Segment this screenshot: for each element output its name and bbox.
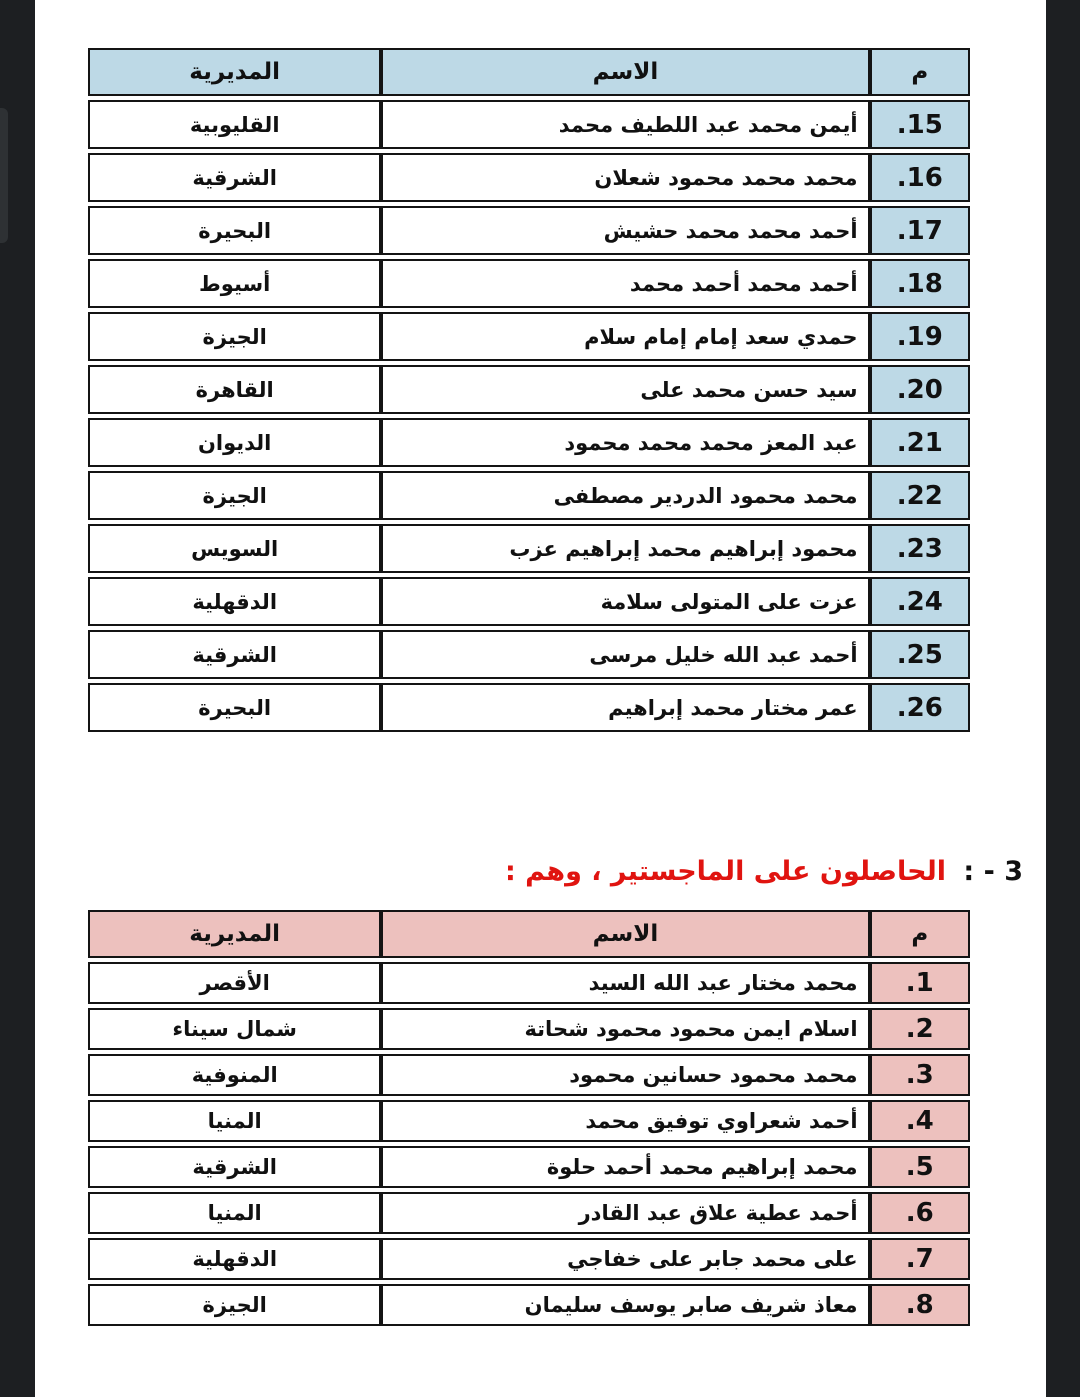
directorate-cell: القاهرة: [88, 365, 381, 414]
table-row: 18.أحمد محمد أحمد محمدأسيوط: [88, 259, 970, 308]
table-row: 17.أحمد محمد محمد حشيشالبحيرة: [88, 206, 970, 255]
table-row: 8.معاذ شريف صابر يوسف سليمانالجيزة: [88, 1284, 970, 1326]
directorate-cell: الأقصر: [88, 962, 381, 1004]
name-cell: اسلام ايمن محمود محمود شحاتة: [381, 1008, 869, 1050]
column-header-name: الاسم: [381, 48, 869, 96]
name-cell: أيمن محمد عبد اللطيف محمد: [381, 100, 869, 149]
serial-cell: 2.: [870, 1008, 970, 1050]
column-header-directorate: المديرية: [88, 910, 381, 958]
table-row: 6.أحمد عطية علاق عبد القادرالمنيا: [88, 1192, 970, 1234]
serial-cell: 24.: [870, 577, 970, 626]
directorate-cell: شمال سيناء: [88, 1008, 381, 1050]
directorate-cell: المنيا: [88, 1100, 381, 1142]
serial-cell: 16.: [870, 153, 970, 202]
directorate-cell: أسيوط: [88, 259, 381, 308]
table-row: 26.عمر مختار محمد إبراهيمالبحيرة: [88, 683, 970, 732]
upper-roster-table: مالاسمالمديرية 15.أيمن محمد عبد اللطيف م…: [88, 44, 970, 736]
viewer-right-band: [1046, 0, 1080, 1397]
directorate-cell: القليوبية: [88, 100, 381, 149]
directorate-cell: المنيا: [88, 1192, 381, 1234]
table-row: 25.أحمد عبد الله خليل مرسىالشرقية: [88, 630, 970, 679]
serial-cell: 19.: [870, 312, 970, 361]
table-row: 7.على محمد جابر على خفاجيالدقهلية: [88, 1238, 970, 1280]
serial-cell: 6.: [870, 1192, 970, 1234]
serial-cell: 20.: [870, 365, 970, 414]
column-header-directorate: المديرية: [88, 48, 381, 96]
masters-roster-table: مالاسمالمديرية 1.محمد مختار عبد الله الس…: [88, 906, 970, 1330]
table-row: 4.أحمد شعراوي توفيق محمدالمنيا: [88, 1100, 970, 1142]
table-row: 15.أيمن محمد عبد اللطيف محمدالقليوبية: [88, 100, 970, 149]
header-row: مالاسمالمديرية: [88, 910, 970, 958]
name-cell: حمدي سعد إمام إمام سلام: [381, 312, 869, 361]
table-row: 5.محمد إبراهيم محمد أحمد حلوةالشرقية: [88, 1146, 970, 1188]
name-cell: عمر مختار محمد إبراهيم: [381, 683, 869, 732]
directorate-cell: المنوفية: [88, 1054, 381, 1096]
table-row: 21.عبد المعز محمد محمد محمودالديوان: [88, 418, 970, 467]
name-cell: محمود إبراهيم محمد إبراهيم عزب: [381, 524, 869, 573]
section-heading: 3 - : الحاصلون على الماجستير ، وهم :: [88, 852, 1027, 892]
serial-cell: 21.: [870, 418, 970, 467]
serial-cell: 18.: [870, 259, 970, 308]
serial-cell: 26.: [870, 683, 970, 732]
directorate-cell: الشرقية: [88, 630, 381, 679]
name-cell: محمد إبراهيم محمد أحمد حلوة: [381, 1146, 869, 1188]
name-cell: أحمد شعراوي توفيق محمد: [381, 1100, 869, 1142]
column-header-serial: م: [870, 910, 970, 958]
name-cell: أحمد محمد أحمد محمد: [381, 259, 869, 308]
serial-cell: 22.: [870, 471, 970, 520]
directorate-cell: الجيزة: [88, 471, 381, 520]
table-row: 24.عزت على المتولى سلامةالدقهلية: [88, 577, 970, 626]
name-cell: أحمد محمد محمد حشيش: [381, 206, 869, 255]
side-rail-indicator: [0, 108, 8, 243]
table-row: 23.محمود إبراهيم محمد إبراهيم عزبالسويس: [88, 524, 970, 573]
serial-cell: 8.: [870, 1284, 970, 1326]
directorate-cell: الجيزة: [88, 1284, 381, 1326]
serial-cell: 25.: [870, 630, 970, 679]
table-row: 20.سيد حسن محمد علىالقاهرة: [88, 365, 970, 414]
serial-cell: 23.: [870, 524, 970, 573]
serial-cell: 15.: [870, 100, 970, 149]
directorate-cell: الشرقية: [88, 153, 381, 202]
name-cell: محمد مختار عبد الله السيد: [381, 962, 869, 1004]
serial-cell: 3.: [870, 1054, 970, 1096]
table-row: 22.محمد محمود الدردير مصطفىالجيزة: [88, 471, 970, 520]
name-cell: محمد محمد محمود شعلان: [381, 153, 869, 202]
directorate-cell: الشرقية: [88, 1146, 381, 1188]
directorate-cell: الديوان: [88, 418, 381, 467]
section-number: 3 - :: [963, 856, 1023, 887]
table-row: 2.اسلام ايمن محمود محمود شحاتةشمال سيناء: [88, 1008, 970, 1050]
name-cell: عبد المعز محمد محمد محمود: [381, 418, 869, 467]
serial-cell: 1.: [870, 962, 970, 1004]
table-row: 19.حمدي سعد إمام إمام سلامالجيزة: [88, 312, 970, 361]
table-row: 16.محمد محمد محمود شعلانالشرقية: [88, 153, 970, 202]
serial-cell: 4.: [870, 1100, 970, 1142]
name-cell: على محمد جابر على خفاجي: [381, 1238, 869, 1280]
document-page: مالاسمالمديرية 15.أيمن محمد عبد اللطيف م…: [35, 0, 1046, 1397]
serial-cell: 7.: [870, 1238, 970, 1280]
directorate-cell: الدقهلية: [88, 577, 381, 626]
name-cell: سيد حسن محمد على: [381, 365, 869, 414]
directorate-cell: البحيرة: [88, 206, 381, 255]
name-cell: أحمد عطية علاق عبد القادر: [381, 1192, 869, 1234]
name-cell: محمد محمود الدردير مصطفى: [381, 471, 869, 520]
table-row: 3.محمد محمود حسانين محمودالمنوفية: [88, 1054, 970, 1096]
section-title: الحاصلون على الماجستير ، وهم :: [505, 856, 946, 887]
serial-cell: 17.: [870, 206, 970, 255]
directorate-cell: البحيرة: [88, 683, 381, 732]
table-row: 1.محمد مختار عبد الله السيدالأقصر: [88, 962, 970, 1004]
directorate-cell: الدقهلية: [88, 1238, 381, 1280]
name-cell: عزت على المتولى سلامة: [381, 577, 869, 626]
column-header-serial: م: [870, 48, 970, 96]
directorate-cell: السويس: [88, 524, 381, 573]
directorate-cell: الجيزة: [88, 312, 381, 361]
column-header-name: الاسم: [381, 910, 869, 958]
name-cell: معاذ شريف صابر يوسف سليمان: [381, 1284, 869, 1326]
serial-cell: 5.: [870, 1146, 970, 1188]
name-cell: أحمد عبد الله خليل مرسى: [381, 630, 869, 679]
viewer-left-band: [0, 0, 35, 1397]
name-cell: محمد محمود حسانين محمود: [381, 1054, 869, 1096]
header-row: مالاسمالمديرية: [88, 48, 970, 96]
